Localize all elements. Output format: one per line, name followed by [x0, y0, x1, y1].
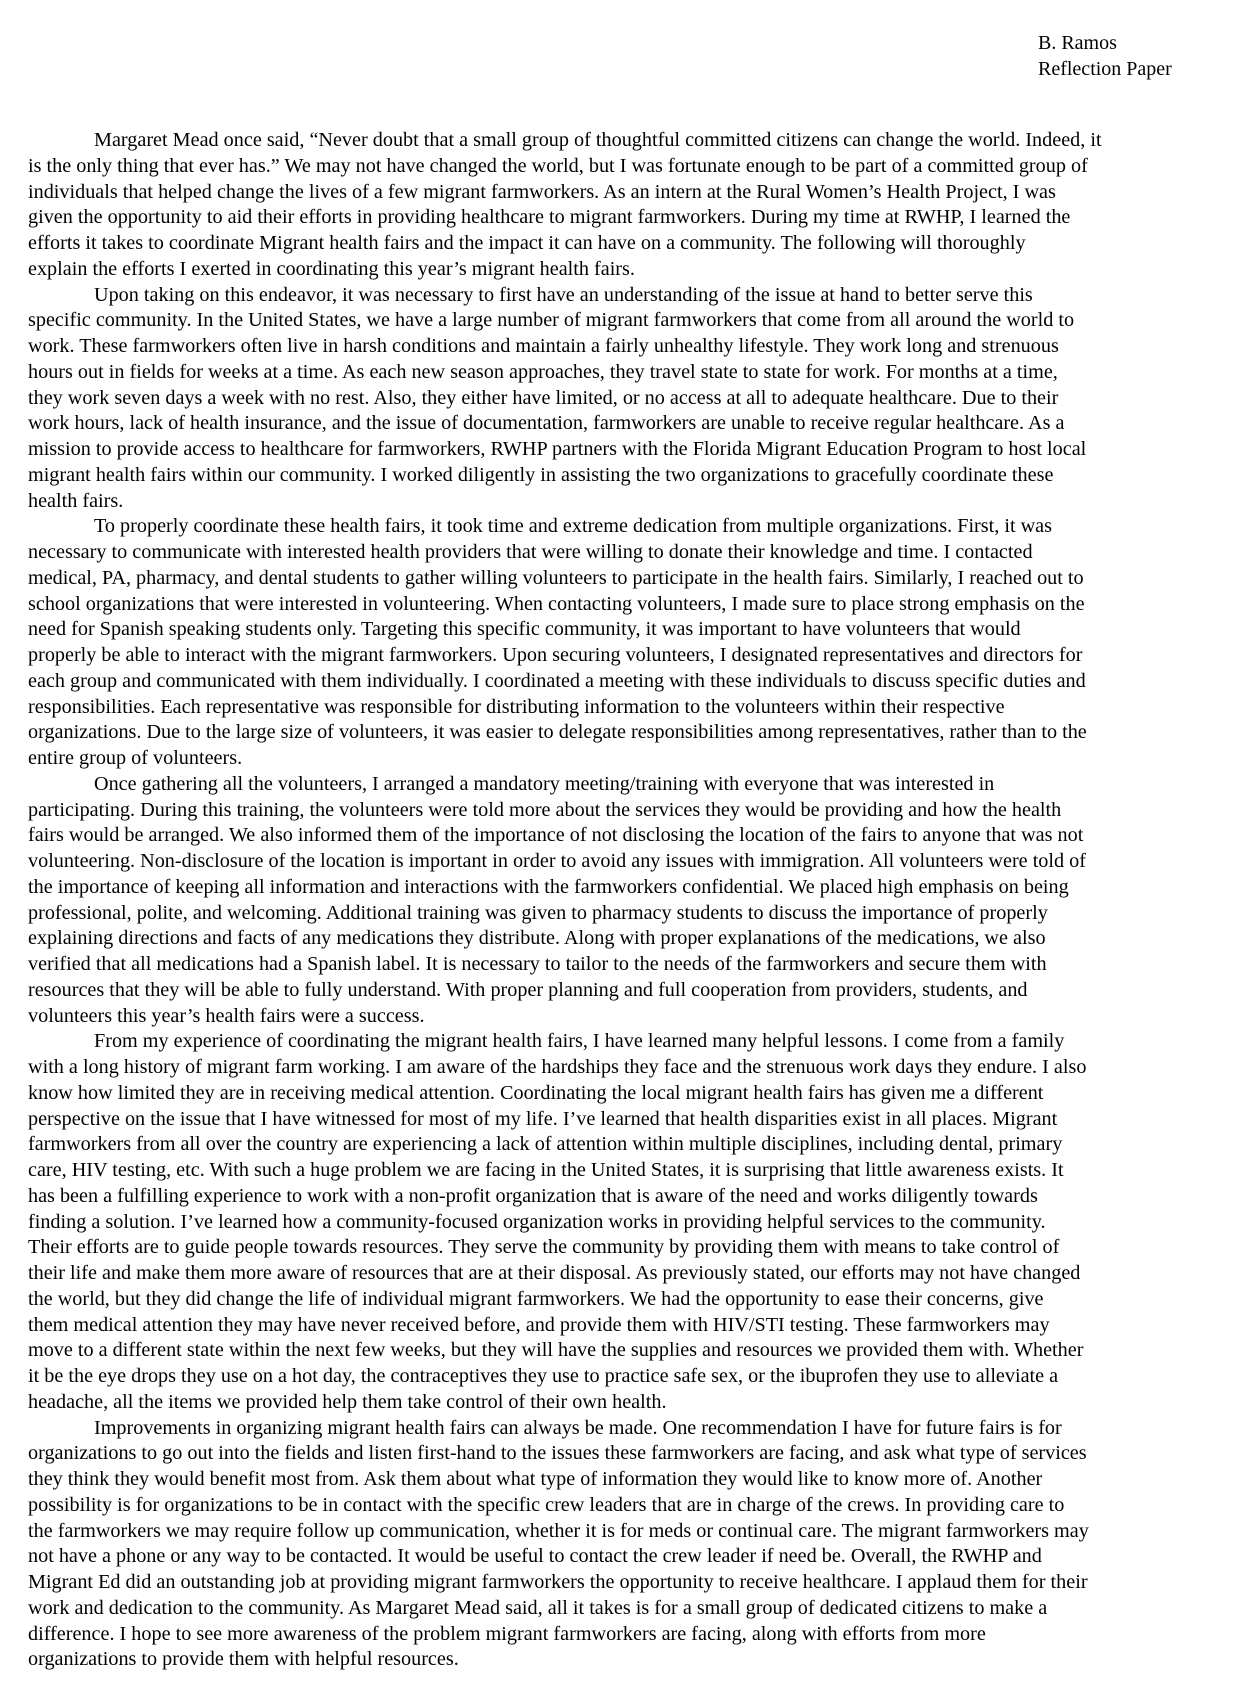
paragraph: Upon taking on this endeavor, it was nec…	[28, 283, 1228, 515]
text-line: hours out in fields for weeks at a time.…	[28, 360, 1228, 386]
text-line: individuals that helped change the lives…	[28, 180, 1228, 206]
document-title: Reflection Paper	[1038, 56, 1172, 82]
text-line: necessary to communicate with interested…	[28, 540, 1228, 566]
text-line: work. These farmworkers often live in ha…	[28, 334, 1228, 360]
text-line: given the opportunity to aid their effor…	[28, 205, 1228, 231]
text-line: it be the eye drops they use on a hot da…	[28, 1364, 1228, 1390]
text-line: From my experience of coordinating the m…	[28, 1029, 1228, 1055]
text-line: know how limited they are in receiving m…	[28, 1081, 1228, 1107]
text-line: efforts it takes to coordinate Migrant h…	[28, 231, 1228, 257]
text-line: school organizations that were intereste…	[28, 592, 1228, 618]
text-line: work hours, lack of health insurance, an…	[28, 411, 1228, 437]
text-line: headache, all the items we provided help…	[28, 1390, 1228, 1416]
text-line: organizations. Due to the large size of …	[28, 720, 1228, 746]
text-line: their life and make them more aware of r…	[28, 1261, 1228, 1287]
text-line: specific community. In the United States…	[28, 308, 1228, 334]
text-line: Their efforts are to guide people toward…	[28, 1235, 1228, 1261]
text-line: explaining directions and facts of any m…	[28, 926, 1228, 952]
text-line: is the only thing that ever has.” We may…	[28, 154, 1228, 180]
text-line: resources that they will be able to full…	[28, 978, 1228, 1004]
text-line: they work seven days a week with no rest…	[28, 386, 1228, 412]
text-line: the farmworkers we may require follow up…	[28, 1519, 1228, 1545]
text-line: finding a solution. I’ve learned how a c…	[28, 1210, 1228, 1236]
text-line: they think they would benefit most from.…	[28, 1467, 1228, 1493]
text-line: explain the efforts I exerted in coordin…	[28, 257, 1228, 283]
text-line: has been a fulfilling experience to work…	[28, 1184, 1228, 1210]
paragraph: Once gathering all the volunteers, I arr…	[28, 772, 1228, 1030]
text-line: care, HIV testing, etc. With such a huge…	[28, 1158, 1228, 1184]
text-line: them medical attention they may have nev…	[28, 1313, 1228, 1339]
text-line: Once gathering all the volunteers, I arr…	[28, 772, 1228, 798]
text-line: not have a phone or any way to be contac…	[28, 1544, 1228, 1570]
paragraph: To properly coordinate these health fair…	[28, 514, 1228, 772]
paragraph: From my experience of coordinating the m…	[28, 1029, 1228, 1415]
text-line: responsibilities. Each representative wa…	[28, 695, 1228, 721]
text-line: perspective on the issue that I have wit…	[28, 1107, 1228, 1133]
text-line: professional, polite, and welcoming. Add…	[28, 901, 1228, 927]
text-line: verified that all medications had a Span…	[28, 952, 1228, 978]
text-line: the importance of keeping all informatio…	[28, 875, 1228, 901]
text-line: Migrant Ed did an outstanding job at pro…	[28, 1570, 1228, 1596]
text-line: the world, but they did change the life …	[28, 1287, 1228, 1313]
text-line: move to a different state within the nex…	[28, 1338, 1228, 1364]
paragraph: Improvements in organizing migrant healt…	[28, 1416, 1228, 1674]
text-line: volunteers this year’s health fairs were…	[28, 1004, 1228, 1030]
text-line: medical, PA, pharmacy, and dental studen…	[28, 566, 1228, 592]
text-line: To properly coordinate these health fair…	[28, 514, 1228, 540]
text-line: properly be able to interact with the mi…	[28, 643, 1228, 669]
text-line: participating. During this training, the…	[28, 798, 1228, 824]
text-line: fairs would be arranged. We also informe…	[28, 823, 1228, 849]
text-line: organizations to provide them with helpf…	[28, 1647, 1228, 1673]
text-line: each group and communicated with them in…	[28, 669, 1228, 695]
text-line: work and dedication to the community. As…	[28, 1596, 1228, 1622]
document-body: Margaret Mead once said, “Never doubt th…	[28, 128, 1228, 1673]
text-line: organizations to go out into the fields …	[28, 1441, 1228, 1467]
text-line: Margaret Mead once said, “Never doubt th…	[28, 128, 1228, 154]
text-line: entire group of volunteers.	[28, 746, 1228, 772]
text-line: need for Spanish speaking students only.…	[28, 617, 1228, 643]
text-line: farmworkers from all over the country ar…	[28, 1132, 1228, 1158]
text-line: migrant health fairs within our communit…	[28, 463, 1228, 489]
text-line: Upon taking on this endeavor, it was nec…	[28, 283, 1228, 309]
author-name: B. Ramos	[1038, 30, 1172, 56]
text-line: volunteering. Non-disclosure of the loca…	[28, 849, 1228, 875]
text-line: possibility is for organizations to be i…	[28, 1493, 1228, 1519]
paragraph: Margaret Mead once said, “Never doubt th…	[28, 128, 1228, 283]
document-header: B. Ramos Reflection Paper	[1038, 30, 1172, 82]
text-line: health fairs.	[28, 489, 1228, 515]
text-line: mission to provide access to healthcare …	[28, 437, 1228, 463]
text-line: difference. I hope to see more awareness…	[28, 1622, 1228, 1648]
text-line: with a long history of migrant farm work…	[28, 1055, 1228, 1081]
text-line: Improvements in organizing migrant healt…	[28, 1416, 1228, 1442]
